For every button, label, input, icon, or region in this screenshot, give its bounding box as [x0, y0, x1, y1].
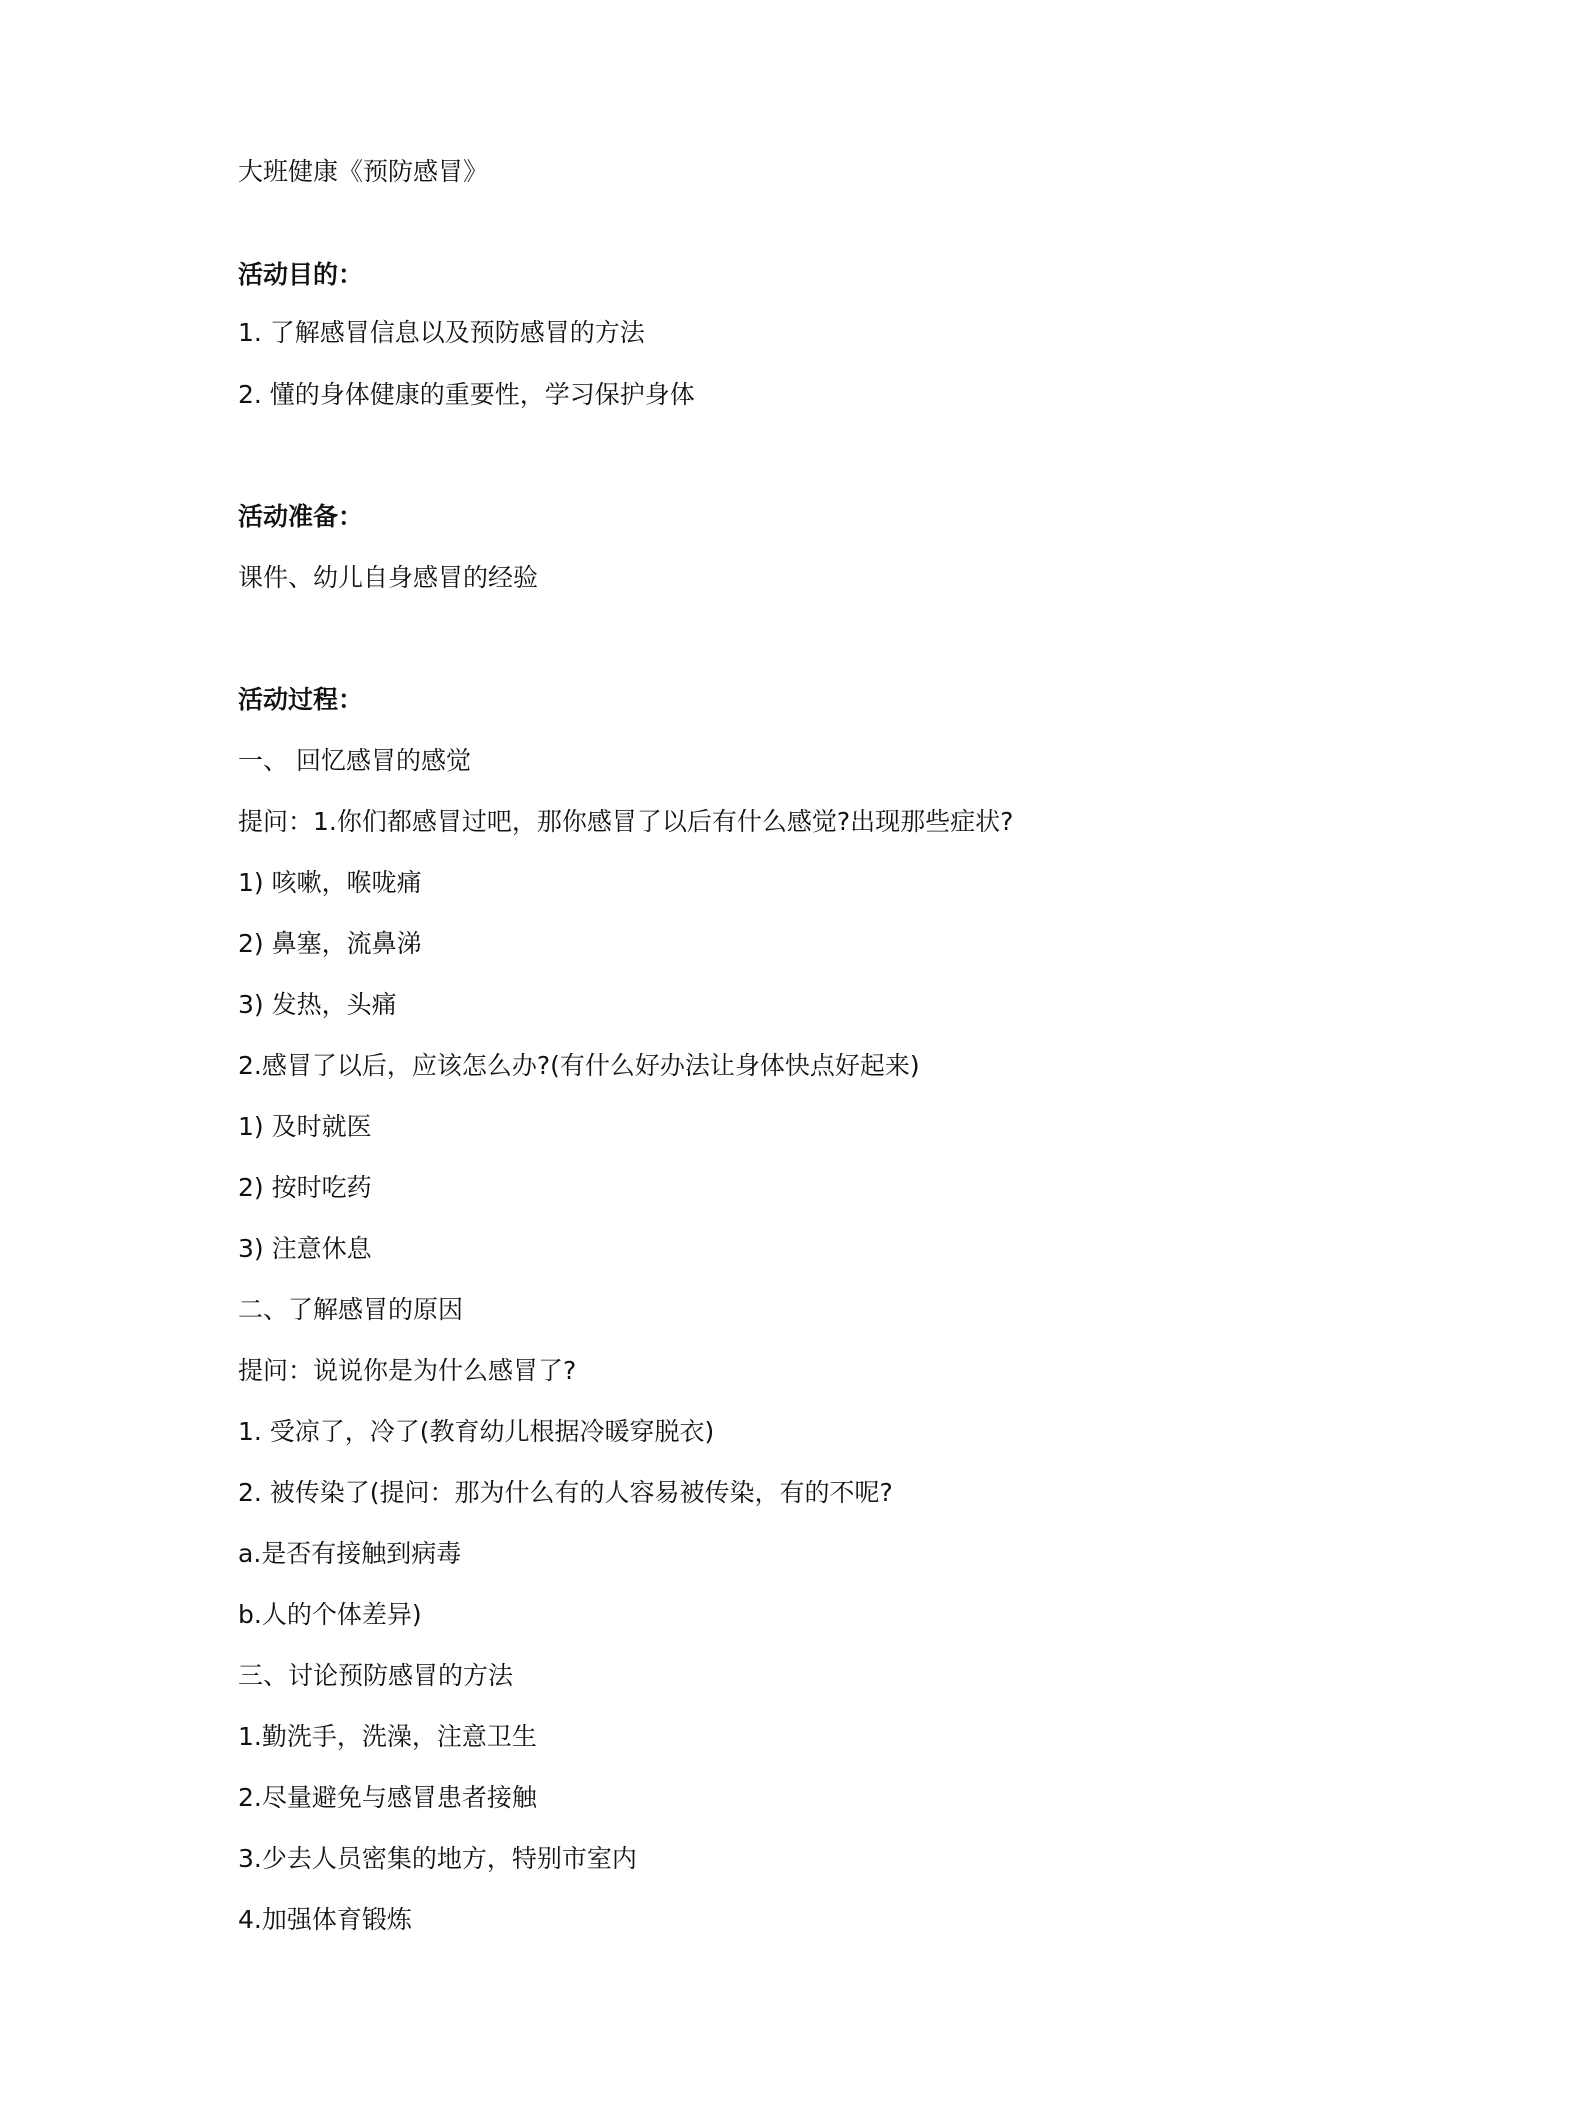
process-line: 2) 鼻塞，流鼻涕 — [238, 929, 422, 959]
goal-heading: 活动目的： — [238, 260, 363, 290]
prep-heading: 活动准备： — [238, 502, 363, 532]
process-line: 提问：说说你是为什么感冒了? — [238, 1356, 576, 1386]
process-line: 2) 按时吃药 — [238, 1173, 372, 1203]
process-line: 1. 受凉了，冷了(教育幼儿根据冷暖穿脱衣) — [238, 1417, 714, 1447]
process-line: 4.加强体育锻炼 — [238, 1905, 412, 1935]
process-line: 一、 回忆感冒的感觉 — [238, 746, 471, 776]
process-line: a.是否有接触到病毒 — [238, 1539, 461, 1569]
process-line: 1.勤洗手，洗澡，注意卫生 — [238, 1722, 537, 1752]
process-line: 1) 咳嗽，喉咙痛 — [238, 868, 422, 898]
process-line: 提问：1.你们都感冒过吧，那你感冒了以后有什么感觉?出现那些症状? — [238, 807, 1013, 837]
goal-item: 2. 懂的身体健康的重要性，学习保护身体 — [238, 380, 695, 410]
process-line: 二、了解感冒的原因 — [238, 1295, 463, 1325]
process-line: 2.感冒了以后，应该怎么办?(有什么好办法让身体快点好起来) — [238, 1051, 920, 1081]
process-line: 3) 注意休息 — [238, 1234, 372, 1264]
process-heading: 活动过程： — [238, 685, 363, 715]
process-line: b.人的个体差异) — [238, 1600, 422, 1630]
process-line: 1) 及时就医 — [238, 1112, 372, 1142]
process-line: 2.尽量避免与感冒患者接触 — [238, 1783, 537, 1813]
process-line: 三、讨论预防感冒的方法 — [238, 1661, 513, 1691]
process-line: 2. 被传染了(提问：那为什么有的人容易被传染，有的不呢? — [238, 1478, 893, 1508]
process-line: 3.少去人员密集的地方，特别市室内 — [238, 1844, 637, 1874]
process-line: 3) 发热，头痛 — [238, 990, 397, 1020]
prep-text: 课件、幼儿自身感冒的经验 — [238, 563, 538, 593]
goal-item: 1. 了解感冒信息以及预防感冒的方法 — [238, 318, 645, 348]
document-title: 大班健康《预防感冒》 — [238, 157, 488, 187]
